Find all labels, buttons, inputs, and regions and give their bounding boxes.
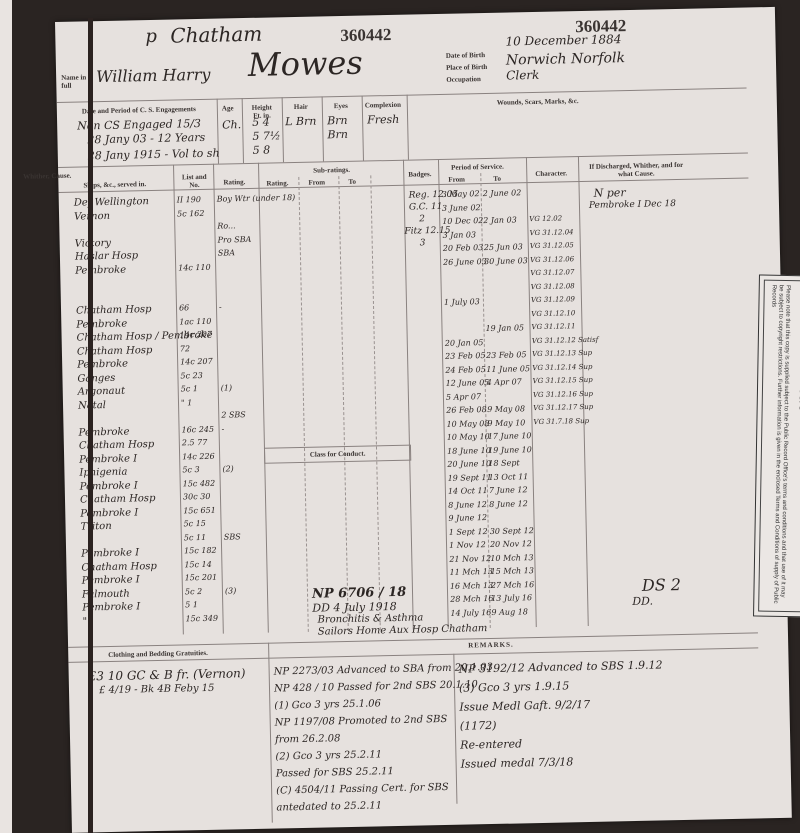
service-row-from: 24 Feb 05	[445, 365, 486, 375]
archive-reference-tag: 1 2 Ref.: ADM 188/3 Please note that thi…	[753, 274, 800, 617]
service-row-from: 8 June 12	[448, 500, 487, 510]
occupation-value: Clerk	[506, 68, 539, 83]
service-row-ship: Iphigenia	[79, 467, 127, 479]
service-row-to: 8 June 12	[489, 499, 528, 509]
hdr-sub-to: To	[348, 178, 356, 186]
service-row-to: 9 May 08	[487, 404, 525, 414]
service-row-to: 18 Sept	[488, 458, 519, 468]
eng-period-3: 28 Jany 1915 - Vol to sh	[88, 147, 220, 163]
hdr-date-period: Date and Period of C. S. Engagements	[82, 105, 196, 115]
service-row-from: 11 Mch 13	[450, 567, 493, 577]
service-row-list: 5c 162	[177, 208, 205, 218]
badge-5: 3	[420, 238, 426, 248]
service-row-ship: Pembroke	[78, 426, 129, 438]
service-row-from: 18 June 10	[447, 445, 491, 455]
service-row-list: 5c 11	[184, 532, 206, 541]
service-row-list: 1ac 110	[179, 316, 211, 326]
service-row-list: 15c 14	[184, 559, 212, 569]
service-row-rating: SBS	[224, 532, 241, 541]
service-row-from: 1 Nov 12	[449, 540, 486, 550]
service-row-from: 14 Oct 11	[448, 486, 488, 496]
service-rows: Def WellingtonII 190Boy Wtr (under 18)3 …	[55, 7, 775, 22]
service-row-from: 1 July 03	[444, 297, 480, 307]
eng-complexion-1: Fresh	[367, 113, 399, 127]
eng-period-1: Non CS Engaged 15/3	[77, 117, 201, 133]
service-row-list: " 1	[181, 398, 192, 407]
service-row-ship: Pembroke	[77, 359, 128, 371]
service-row-from: 3 June 02	[442, 203, 481, 213]
service-row-character: VG 31.12.14 Sup	[532, 362, 592, 371]
badge-4: Fitz 12.15	[404, 226, 450, 237]
service-row-list: 5c 3	[182, 465, 199, 474]
discharge-code: DS 2	[642, 575, 681, 595]
badge-1: Reg. 12.05	[409, 190, 459, 201]
gratuity-2: £ 4/19 - Bk 4B Feby 15	[99, 683, 215, 696]
service-row-character: VG 31.12.08	[531, 282, 575, 291]
dob-label: Date of Birth	[446, 51, 485, 60]
service-row-from: 16 Mch 13	[450, 580, 493, 590]
remark-left-line: antedated to 25.2.11	[276, 795, 496, 817]
occupation-label: Occupation	[446, 75, 481, 84]
service-row-list: 72	[180, 344, 190, 353]
service-row-to: 27 Mch 16	[491, 580, 534, 590]
service-row-character: VG 31.12.16 Sup	[533, 389, 593, 398]
service-row-to: 17 June 10	[488, 431, 532, 441]
eng-height-2: 5 7½	[252, 129, 280, 143]
service-row-from: 12 June 05	[446, 378, 490, 388]
service-row-rating: (2)	[222, 464, 234, 473]
hdr-sub-from: From	[308, 178, 325, 186]
service-row-rating: SBA	[218, 248, 235, 257]
service-row-from: 19 Sept 11	[448, 472, 492, 482]
service-row-from: 20 June 10	[447, 459, 491, 469]
service-row-from: 10 Dec 02	[442, 216, 483, 226]
service-row-rating: -	[219, 303, 222, 312]
badge-2: G.C. 11	[409, 202, 443, 213]
hdr-character: Character.	[535, 169, 567, 178]
np-note-3: Bronchitis & Asthma	[317, 612, 423, 625]
hdr-sub-rating: Rating.	[266, 179, 288, 187]
service-row-character: VG 31.12.15 Sup	[533, 376, 593, 385]
service-row-character: VG 31.12.07	[530, 268, 574, 277]
service-row-character: VG 31.12.06	[530, 255, 574, 264]
class-for-conduct-label: Class for Conduct.	[265, 446, 410, 463]
gratuities-label: Clothing and Bedding Gratuities.	[108, 649, 208, 659]
service-row-to: 13 July 16	[491, 593, 532, 603]
service-row-ship: Haslar Hosp	[75, 250, 138, 262]
service-row-character: VG 31.12.10	[531, 309, 575, 318]
service-row-rating: Boy Wtr (under 18)	[217, 193, 296, 204]
service-row-rating: (3)	[225, 586, 237, 595]
hdr-wounds: Wounds, Scars, Marks, &c.	[497, 97, 579, 107]
name-surname: Mowes	[248, 44, 364, 84]
remarks-right: NP 3192/12 Advanced to SBS 1.9.12(3) Gco…	[458, 655, 664, 773]
tag-notice: Please note that this copy is supplied s…	[764, 285, 791, 605]
service-row-to: 2 June 02	[483, 188, 522, 198]
background-edge	[0, 0, 12, 833]
service-row-list: 14c 207	[179, 330, 212, 340]
badge-3: 2	[419, 214, 425, 224]
hdr-complexion: Complexion	[365, 101, 401, 110]
hdr-eyes: Eyes	[334, 102, 348, 110]
service-row-character: VG 31.12.04	[529, 228, 573, 237]
name-label: Name in full	[61, 73, 91, 90]
hdr-hair: Hair	[294, 103, 308, 111]
service-row-rating: 2 SBS	[221, 410, 246, 420]
service-row-list: 14c 226	[182, 451, 215, 461]
service-row-to: 15 Mch 13	[491, 566, 534, 576]
service-row-list: 66	[179, 303, 189, 312]
discharge-code-2: DD.	[632, 595, 653, 608]
service-row-list: 5c 2	[185, 587, 202, 596]
service-row-ship: Pembroke	[76, 318, 127, 330]
hdr-rating: Rating.	[223, 178, 245, 186]
division-mark: p	[145, 26, 157, 47]
service-row-to: 7 June 12	[489, 485, 528, 495]
discharge-note-2: Pembroke I Dec 18	[589, 199, 676, 211]
hdr-discharged: If Discharged, Whither, and for what Cau…	[586, 161, 686, 179]
side-whither-label: Whither, Cause.	[23, 172, 71, 181]
np-note-4: Sailors Home Aux Hosp Chatham	[318, 623, 488, 638]
service-row-from: 10 May 08	[446, 418, 489, 428]
service-row-list: 5c 15	[183, 519, 205, 528]
service-row-rating: Ro...	[217, 221, 236, 230]
service-row-character: VG 31.12.13 Sup	[532, 349, 592, 358]
service-row-from: 23 Feb 05	[445, 351, 486, 361]
service-row-character: VG 31.12.17 Sup	[533, 403, 593, 412]
service-row-from: 9 June 12	[448, 513, 487, 523]
service-row-character: VG 12.02	[529, 214, 562, 223]
pob-label: Place of Birth	[446, 63, 487, 72]
service-row-from: 20 Jan 05	[445, 338, 484, 348]
service-row-from: 5 Apr 07	[446, 392, 481, 402]
service-row-to: 11 June 05	[486, 364, 530, 374]
service-row-list: 16c 245	[181, 424, 214, 434]
hdr-list-no: List and No.	[178, 173, 210, 190]
service-row-from: 21 Nov 12	[449, 553, 491, 563]
service-row-list: 15c 651	[183, 505, 216, 515]
service-row-list: 5c 23	[180, 370, 202, 379]
service-row-ship: Pembroke	[75, 264, 126, 276]
service-row-to: 19 June 10	[488, 445, 532, 455]
service-row-from: 1 Sept 12	[449, 527, 488, 537]
service-row-character: VG 31.12.05	[530, 241, 574, 250]
service-row-list: 14c 110	[178, 262, 211, 272]
service-row-from: 20 Feb 03	[443, 243, 484, 253]
service-row-ship: "	[82, 616, 87, 627]
hdr-sub-ratings: Sub-ratings.	[313, 166, 350, 175]
service-row-list: 15c 182	[184, 546, 217, 556]
service-row-list: 30c 30	[183, 492, 211, 502]
service-row-rating: (1)	[221, 383, 233, 392]
discharge-note-1: N per	[594, 186, 626, 200]
hdr-from: From	[448, 175, 465, 183]
hdr-period: Period of Service.	[451, 163, 504, 172]
name-given: William Harry	[96, 65, 211, 86]
eng-eyes-1: Brn	[327, 114, 348, 127]
binding-line	[88, 18, 93, 833]
service-row-to: 2 Jan 03	[483, 215, 517, 225]
hdr-age: Age	[222, 104, 234, 112]
hdr-to: To	[493, 175, 501, 183]
service-row-list: 5 1	[185, 600, 198, 609]
pob-value: Norwich Norfolk	[506, 50, 625, 68]
service-row-to: 25 Jun 03	[484, 242, 523, 252]
service-row-from: 28 Mch 16	[450, 594, 493, 604]
tag-ref: ADM 188/3	[797, 351, 800, 411]
eng-height-1: 5 4	[252, 116, 270, 129]
eng-age-1: Ch.	[222, 118, 241, 131]
service-row-ship: Def Wellington	[74, 196, 149, 209]
service-row-from: 14 July 16	[450, 607, 491, 617]
service-row-to: 9 Aug 18	[491, 607, 528, 617]
service-row-to: 13 Oct 11	[489, 472, 529, 482]
service-row-list: 14c 207	[180, 357, 213, 367]
service-row-ship: Triton	[80, 521, 111, 533]
service-row-list: 15c 482	[183, 478, 216, 488]
service-row-to: 19 Jan 05	[485, 323, 524, 333]
service-row-character: VG 31.12.09	[531, 295, 575, 304]
service-row-list: 2.5 77	[182, 438, 208, 448]
service-row-character: VG 31.12.11	[531, 322, 575, 331]
service-row-to: 4 Apr 07	[487, 377, 522, 387]
service-row-ship: Argonaut	[78, 386, 126, 398]
service-row-to: 20 Nov 12	[490, 539, 532, 549]
remarks-label: REMARKS.	[468, 641, 514, 650]
service-row-list: 5c 1	[181, 384, 198, 393]
service-row-to: 30 Sept 12	[490, 526, 534, 536]
eng-period-2: 28 Jany 03 - 12 Years	[87, 131, 205, 146]
service-row-from: 26 Feb 08	[446, 405, 487, 415]
service-row-rating: Pro SBA	[217, 234, 251, 244]
eng-hair-1: L Brn	[285, 115, 316, 129]
gratuity-1: £3 10 GC & B fr. (Vernon)	[89, 666, 246, 683]
eng-height-3: 5 8	[253, 144, 271, 157]
division-name: Chatham	[170, 22, 262, 48]
service-row-to: 23 Feb 05	[486, 350, 527, 360]
service-record-sheet: p Chatham 360442 360442 Name in full Wil…	[55, 7, 792, 833]
service-row-character: VG 31.12.12 Satisf	[532, 335, 599, 344]
service-row-to: 30 June 03	[484, 256, 528, 266]
service-row-rating: -	[221, 424, 224, 433]
eng-eyes-2: Brn	[327, 128, 348, 141]
service-row-from: 10 May 10	[447, 432, 490, 442]
dob-value: 10 December 1884	[505, 32, 621, 48]
class-for-conduct-box: Class for Conduct.	[264, 445, 411, 464]
service-row-list: 15c 201	[185, 573, 218, 583]
service-row-to: 10 Mch 13	[490, 553, 533, 563]
service-row-list: 15c 349	[185, 613, 218, 623]
service-row-to: 9 May 10	[487, 418, 525, 428]
service-row-character: VG 31.7.18 Sup	[533, 416, 589, 425]
service-row-list: II 190	[177, 195, 201, 205]
service-row-ship: Ganges	[77, 372, 115, 384]
remark-right-line: Issued medal 7/3/18	[460, 750, 664, 773]
hdr-badges: Badges.	[408, 170, 431, 178]
service-row-from: 26 June 03	[443, 257, 487, 267]
